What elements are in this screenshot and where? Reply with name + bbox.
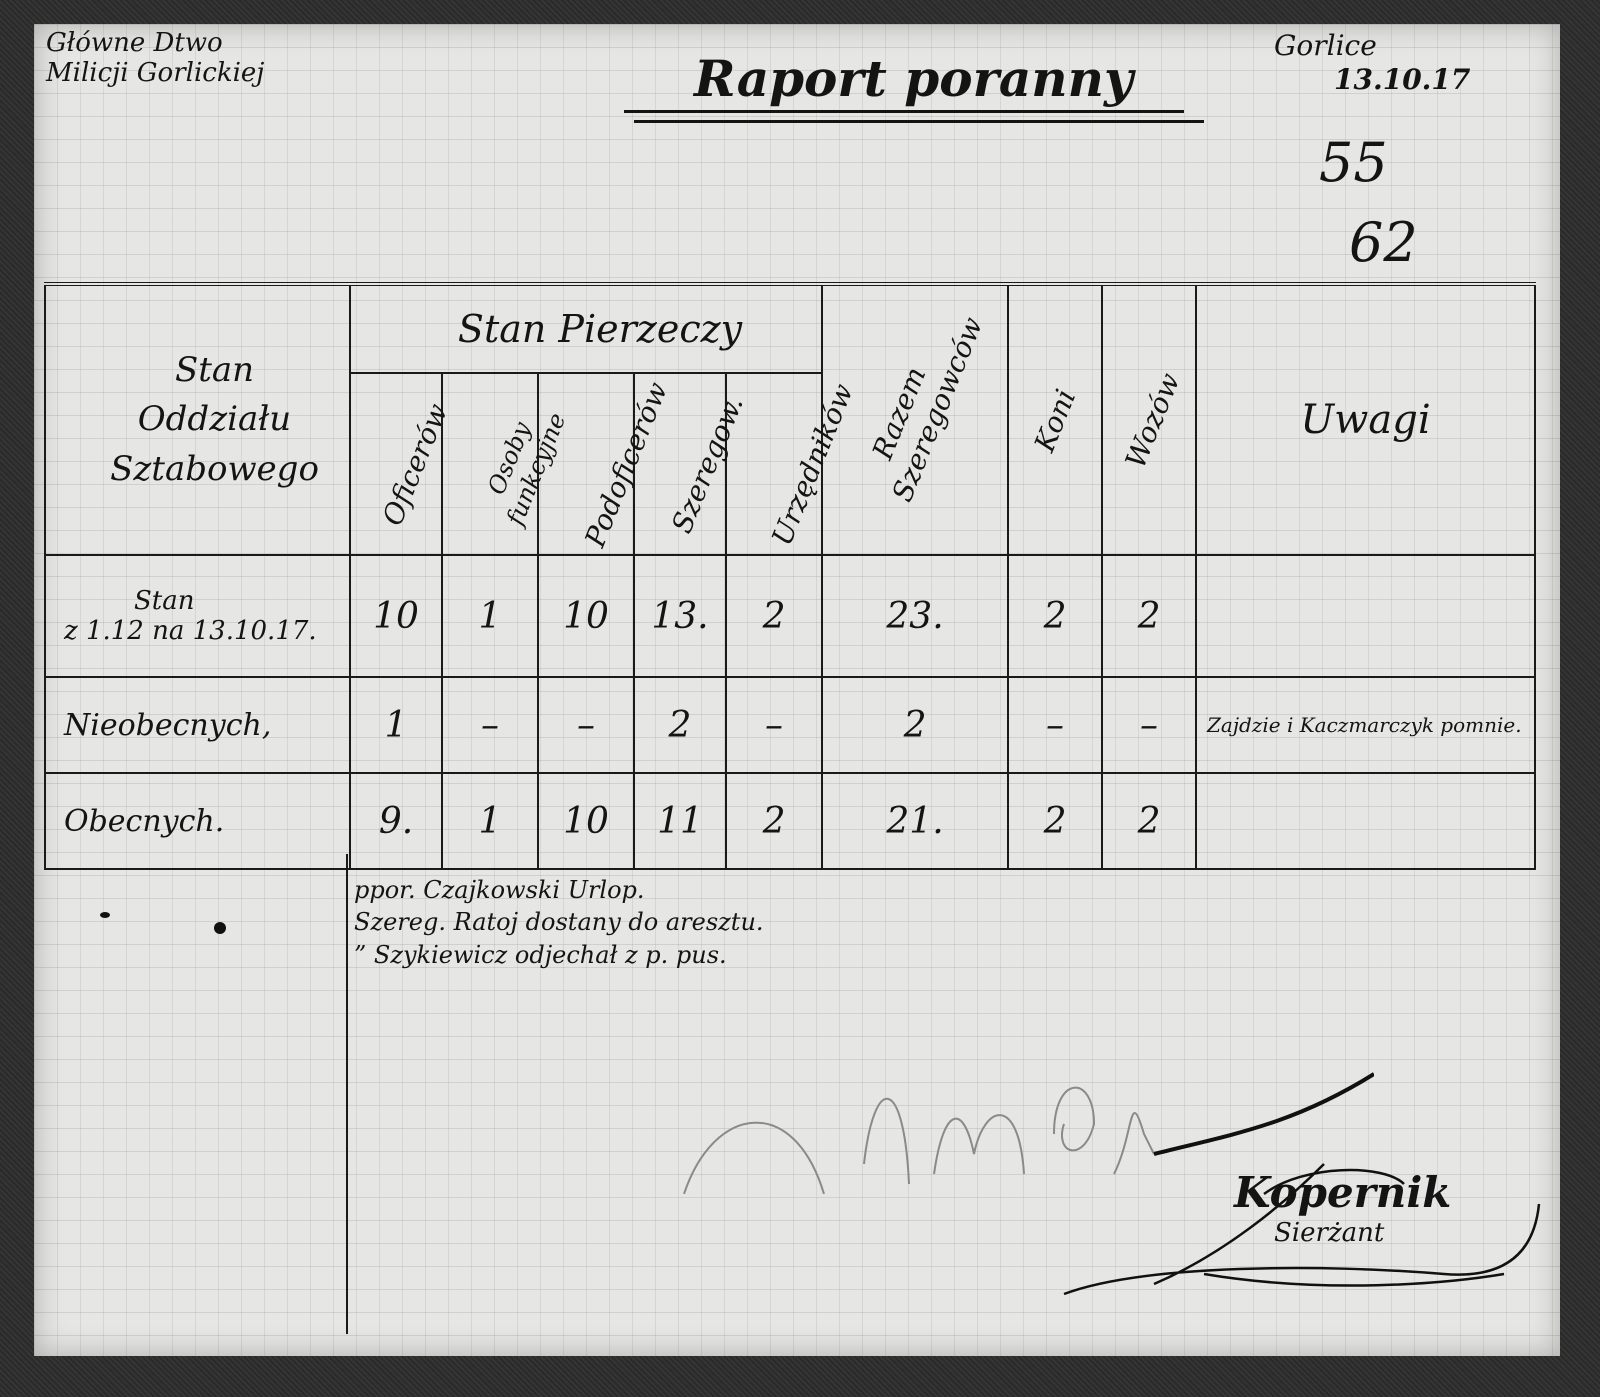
cell-officers: 9. — [350, 773, 442, 869]
notes-divider — [346, 854, 348, 1334]
document-title: Raport poranny — [694, 54, 1133, 104]
signature-rank: Sierżant — [1274, 1220, 1384, 1246]
cell-privates: 2 — [634, 677, 726, 773]
reference-denominator: 62 — [1349, 216, 1418, 270]
document-page: Główne Dtwo Milicji Gorlickiej Raport po… — [34, 24, 1560, 1356]
row-label: Stan z 1.12 na 13.10.17. — [45, 555, 350, 677]
document-place: Gorlice — [1274, 32, 1377, 60]
header-unit-line-1: Główne Dtwo — [46, 30, 223, 56]
cell-privates: 11 — [634, 773, 726, 869]
note-line: Szereg. Ratoj dostany do aresztu. — [354, 906, 764, 938]
cell-ncos: 10 — [538, 555, 634, 677]
header-unit-line-2: Milicji Gorlickiej — [46, 60, 264, 86]
cell-total-privates: 2 — [822, 677, 1008, 773]
note-line: ppor. Czajkowski Urlop. — [354, 874, 764, 906]
cell-clerks: 2 — [726, 773, 822, 869]
report-table: Stan Oddziału Sztabowego Stan Pierzeczy … — [44, 282, 1536, 870]
group-header: Stan Pierzeczy — [350, 284, 822, 373]
cell-ncos: – — [538, 677, 634, 773]
cell-clerks: – — [726, 677, 822, 773]
row-label: Obecnych. — [45, 773, 350, 869]
cell-remarks — [1196, 773, 1535, 869]
col-header-horses: Koni — [1008, 284, 1102, 555]
signature-name: Kopernik — [1234, 1172, 1451, 1214]
cell-horses: – — [1008, 677, 1102, 773]
row-label: Nieobecnych, — [45, 677, 350, 773]
document-date: 13.10.17 — [1334, 66, 1470, 94]
col-header-functionaries: Osoby funkcyjne — [442, 373, 538, 555]
cell-functionaries: 1 — [442, 555, 538, 677]
cell-total-privates: 23. — [822, 555, 1008, 677]
title-underline — [624, 110, 1184, 113]
cell-functionaries: – — [442, 677, 538, 773]
col-header-remarks: Uwagi — [1196, 284, 1535, 555]
table-row: Obecnych. 9. 1 10 11 2 21. 2 2 — [45, 773, 1535, 869]
reference-numerator: 55 — [1319, 136, 1388, 190]
cell-ncos: 10 — [538, 773, 634, 869]
ink-spot — [214, 922, 226, 934]
col-header-ncos: Podoficerów — [538, 373, 634, 555]
col-header-wagons: Wozów — [1102, 284, 1196, 555]
cell-wagons: – — [1102, 677, 1196, 773]
col-header-privates: Szeregow. — [634, 373, 726, 555]
cell-functionaries: 1 — [442, 773, 538, 869]
col-header-total-privates: Razem Szeregowców — [822, 284, 1008, 555]
ink-spot — [100, 912, 110, 918]
cell-total-privates: 21. — [822, 773, 1008, 869]
row-header: Stan Oddziału Sztabowego — [45, 284, 350, 555]
cell-clerks: 2 — [726, 555, 822, 677]
cell-privates: 13. — [634, 555, 726, 677]
table-row: Nieobecnych, 1 – – 2 – 2 – – Zajdzie i K… — [45, 677, 1535, 773]
cell-wagons: 2 — [1102, 773, 1196, 869]
note-line: ” Szykiewicz odjechał z p. pus. — [354, 939, 764, 971]
col-header-officers: Oficerów — [350, 373, 442, 555]
cell-officers: 1 — [350, 677, 442, 773]
cell-remarks: Zajdzie i Kaczmarczyk pomnie. — [1196, 677, 1535, 773]
table-row: Stan z 1.12 na 13.10.17. 10 1 10 13. 2 2… — [45, 555, 1535, 677]
col-header-clerks: Urzędników — [726, 373, 822, 555]
cell-horses: 2 — [1008, 773, 1102, 869]
cell-wagons: 2 — [1102, 555, 1196, 677]
cell-officers: 10 — [350, 555, 442, 677]
cell-remarks — [1196, 555, 1535, 677]
notes-block: ppor. Czajkowski Urlop. Szereg. Ratoj do… — [354, 874, 764, 971]
title-underline — [634, 120, 1204, 123]
cell-horses: 2 — [1008, 555, 1102, 677]
